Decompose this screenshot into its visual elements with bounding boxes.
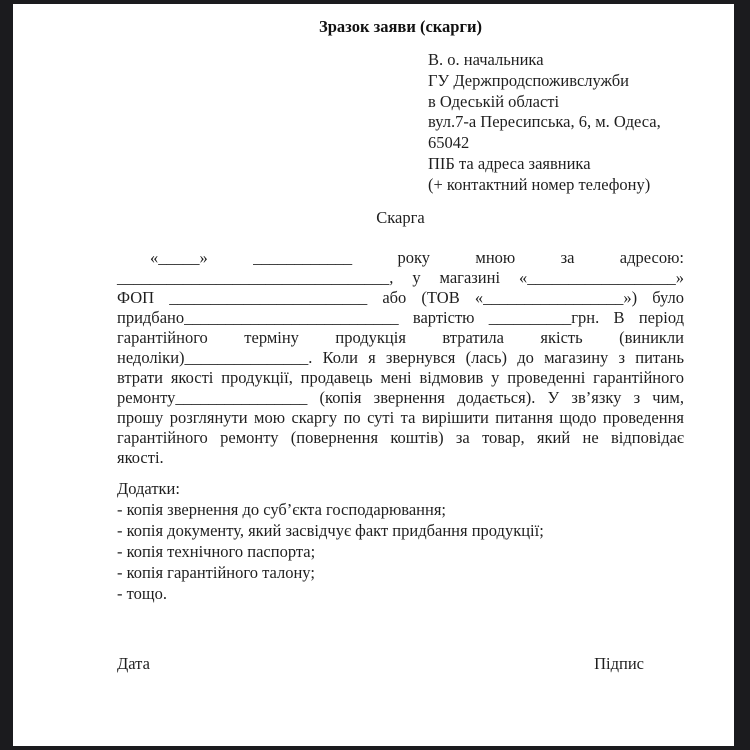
recipient-line: в Одеській області <box>428 92 661 113</box>
body-line: ремонту________________ (копія звернення… <box>117 388 684 408</box>
recipient-line: вул.7-а Пересипська, 6, м. Одеса, <box>428 112 661 133</box>
date-label: Дата <box>117 654 150 674</box>
viewer-background: Зразок заяви (скарги) В. о. начальника Г… <box>0 0 750 750</box>
complaint-body: «_____» ____________ року мною за адресо… <box>117 248 684 468</box>
recipient-block: В. о. начальника ГУ Держпродспоживслужби… <box>428 50 661 196</box>
body-line: гарантійного терміну продукція втратила … <box>117 328 684 348</box>
body-line: «_____» ____________ року мною за адресо… <box>117 248 684 268</box>
attachment-item: - копія звернення до суб’єкта господарюв… <box>117 499 684 520</box>
signature-row: Дата Підпис <box>117 654 684 674</box>
body-line: ФОП ________________________ або (ТОВ «_… <box>117 288 684 308</box>
complaint-heading: Скарга <box>117 208 684 228</box>
recipient-line: В. о. начальника <box>428 50 661 71</box>
body-line: гарантійного ремонту (повернення коштів)… <box>117 428 684 448</box>
body-line: втрати якості продукції, продавець мені … <box>117 368 684 388</box>
body-line: недоліки)_______________. Коли я звернув… <box>117 348 684 368</box>
attachments-block: Додатки: - копія звернення до суб’єкта г… <box>117 478 684 604</box>
recipient-line: (+ контактний номер телефону) <box>428 175 661 196</box>
body-line: прошу розглянути мою скаргу по суті та в… <box>117 408 684 428</box>
signature-label: Підпис <box>594 654 644 674</box>
recipient-line: ПІБ та адреса заявника <box>428 154 661 175</box>
attachment-item: - копія технічного паспорта; <box>117 541 684 562</box>
attachment-item: - тощо. <box>117 583 684 604</box>
attachments-heading: Додатки: <box>117 478 684 499</box>
document-page: Зразок заяви (скарги) В. о. начальника Г… <box>13 4 734 746</box>
body-line: придбано__________________________ варті… <box>117 308 684 328</box>
attachment-item: - копія документу, який засвідчує факт п… <box>117 520 684 541</box>
body-line: _________________________________, у маг… <box>117 268 684 288</box>
document-title: Зразок заяви (скарги) <box>117 17 684 37</box>
attachment-item: - копія гарантійного талону; <box>117 562 684 583</box>
body-line: якості. <box>117 448 684 468</box>
recipient-line: 65042 <box>428 133 661 154</box>
recipient-line: ГУ Держпродспоживслужби <box>428 71 661 92</box>
